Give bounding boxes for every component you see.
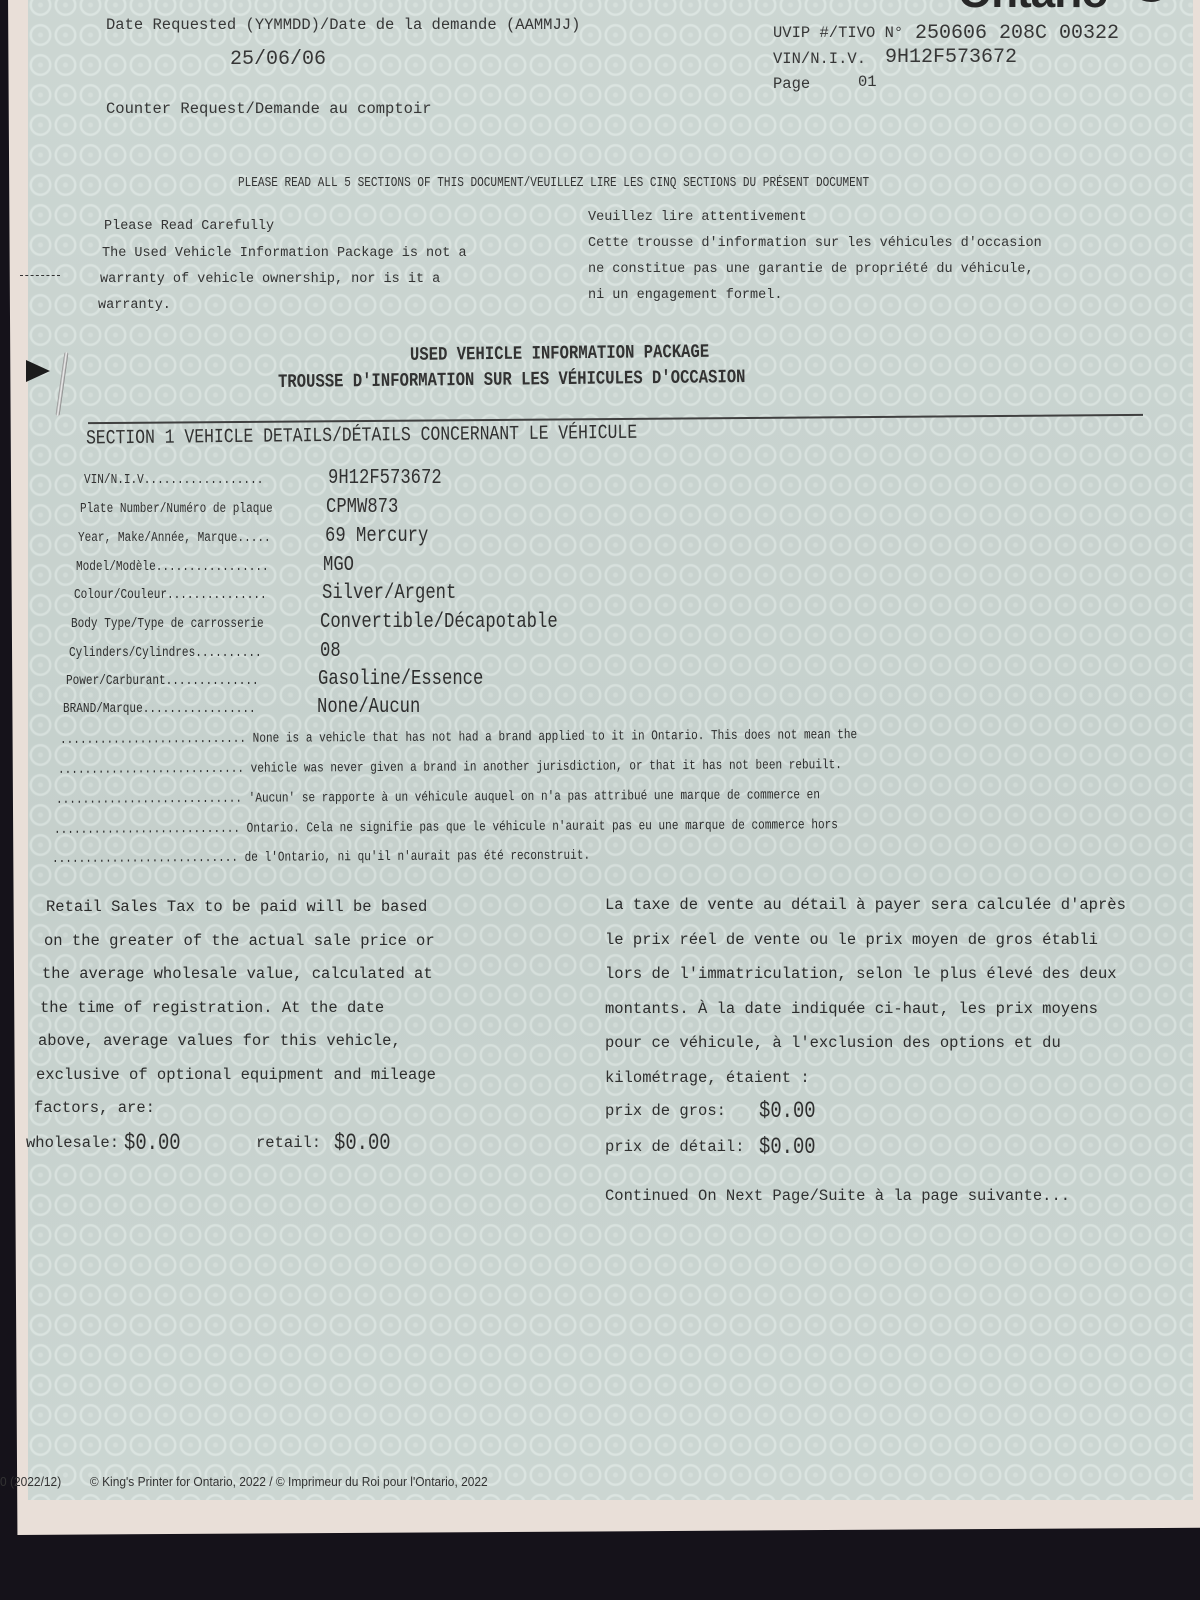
tax-en-line: the time of registration. At the date: [40, 999, 384, 1017]
page-number: 01: [858, 73, 877, 91]
notice-en-line: warranty.: [98, 298, 171, 313]
wholesale-value: $0.00: [124, 1130, 193, 1156]
field-label-text: Power/Carburant..............: [66, 674, 259, 689]
tax-fr-line: La taxe de vente au détail à payer sera …: [605, 896, 1126, 914]
retail-label: retail:: [256, 1134, 321, 1152]
date-requested-value: 25/06/06: [230, 48, 326, 71]
tax-en-line: Retail Sales Tax to be paid will be base…: [46, 898, 427, 916]
brand-note-text: ............................ 'Aucun' se …: [56, 788, 820, 808]
tax-fr-line: kilométrage, étaient :: [605, 1069, 810, 1087]
notice-fr-line: Cette trousse d'information sur les véhi…: [588, 236, 1042, 251]
title-fr: TROUSSE D'INFORMATION SUR LES VÉHICULES …: [278, 365, 848, 393]
field-value-text: CPMW873: [326, 496, 398, 519]
field-label: Power/Carburant..............: [66, 674, 301, 689]
brand-note-line: ............................ Ontario. Ce…: [54, 817, 1010, 838]
wholesale-amount: $0.00: [124, 1130, 181, 1156]
field-value: MGO: [323, 554, 361, 577]
field-value-text: None/Aucun: [317, 696, 420, 719]
gros-label: prix de gros:: [605, 1102, 726, 1120]
section1-heading: SECTION 1 VEHICLE DETAILS/DÉTAILS CONCER…: [86, 420, 758, 450]
uvip-label: UVIP #/TIVO N°: [773, 24, 903, 42]
form-code: 0 (2022/12): [0, 1474, 61, 1489]
field-label-text: Plate Number/Numéro de plaque: [80, 502, 273, 517]
tax-fr-line: lors de l'immatriculation, selon le plus…: [605, 965, 1117, 983]
brand-note-line: ............................ de l'Ontari…: [52, 848, 708, 867]
field-value: Convertible/Décapotable: [320, 611, 610, 634]
request-type: Counter Request/Demande au comptoir: [106, 100, 432, 118]
brand-note-text: ............................ None is a v…: [60, 728, 857, 748]
field-value: CPMW873: [326, 496, 414, 519]
brand-note-text: ............................ de l'Ontari…: [52, 849, 590, 867]
tax-fr-line: pour ce véhicule, à l'exclusion des opti…: [605, 1034, 1061, 1052]
tax-en-line: exclusive of optional equipment and mile…: [36, 1066, 436, 1084]
field-label: Plate Number/Numéro de plaque: [80, 502, 315, 517]
field-value: Silver/Argent: [322, 582, 486, 605]
notice-fr-line: ni un engagement formel.: [588, 288, 782, 303]
field-label: Cylinders/Cylindres..........: [69, 646, 304, 661]
vin-value: 9H12F573672: [885, 46, 1017, 69]
detail-label: prix de détail:: [605, 1138, 745, 1156]
field-value: 69 Mercury: [325, 525, 451, 548]
field-value-text: MGO: [323, 554, 354, 577]
field-value: 08: [320, 640, 345, 663]
field-label-text: VIN/N.I.V..................: [84, 473, 263, 488]
retail-amount: $0.00: [334, 1130, 391, 1156]
section1-heading-text: SECTION 1 VEHICLE DETAILS/DÉTAILS CONCER…: [86, 422, 637, 451]
tax-en-line: the average wholesale value, calculated …: [42, 965, 433, 983]
gros-value: $0.00: [759, 1098, 828, 1124]
tax-en-line: on the greater of the actual sale price …: [44, 932, 435, 950]
uvip-value: 250606 208C 00322: [915, 22, 1119, 45]
field-label: Colour/Couleur...............: [74, 588, 309, 603]
field-value-text: 9H12F573672: [328, 467, 442, 490]
detail-value: $0.00: [759, 1134, 828, 1160]
field-label: Year, Make/Année, Marque.....: [78, 531, 313, 546]
field-label: Body Type/Type de carrosserie: [71, 617, 306, 632]
tax-fr-line: montants. À la date indiquée ci-haut, le…: [605, 1000, 1098, 1018]
ontario-trillium-icon: [1128, 0, 1174, 2]
read-all-sections-banner: PLEASE READ ALL 5 SECTIONS OF THIS DOCUM…: [238, 176, 1008, 191]
title-en: USED VEHICLE INFORMATION PACKAGE: [410, 340, 775, 366]
retail-value: $0.00: [334, 1130, 403, 1156]
notice-fr-line: ne constitue pas une garantie de proprié…: [588, 262, 1034, 277]
tax-fr-line: le prix réel de vente ou le prix moyen d…: [605, 931, 1098, 949]
brand-note-line: ............................ vehicle was…: [58, 757, 1014, 778]
field-label: Model/Modèle.................: [76, 560, 311, 575]
brand-note-line: ............................ 'Aucun' se …: [56, 787, 988, 808]
ontario-wordmark: Ontario: [958, 0, 1107, 18]
continued-note: Continued On Next Page/Suite à la page s…: [605, 1187, 1070, 1205]
field-label: BRAND/Marque.................: [63, 702, 298, 717]
field-value-text: Silver/Argent: [322, 582, 456, 605]
field-label-text: Body Type/Type de carrosserie: [71, 617, 264, 632]
detail-amount: $0.00: [759, 1134, 816, 1160]
fold-mark: [20, 275, 60, 276]
field-value-text: 69 Mercury: [325, 525, 428, 548]
title-en-text: USED VEHICLE INFORMATION PACKAGE: [410, 341, 709, 366]
vin-label: VIN/N.I.V.: [773, 50, 866, 68]
title-fr-text: TROUSSE D'INFORMATION SUR LES VÉHICULES …: [278, 366, 746, 393]
field-value-text: 08: [320, 640, 341, 663]
brand-note-text: ............................ Ontario. Ce…: [54, 818, 838, 838]
field-value-text: Convertible/Décapotable: [320, 611, 558, 634]
field-label-text: Model/Modèle.................: [76, 560, 269, 575]
date-requested-label: Date Requested (YYMMDD)/Date de la deman…: [106, 16, 580, 34]
field-label-text: BRAND/Marque.................: [63, 702, 256, 717]
field-value: Gasoline/Essence: [318, 668, 520, 691]
page-label: Page: [773, 75, 810, 93]
field-value-text: Gasoline/Essence: [318, 668, 483, 691]
field-label-text: Colour/Couleur...............: [74, 588, 267, 603]
field-label-text: Year, Make/Année, Marque.....: [78, 531, 271, 546]
notice-fr-line: Veuillez lire attentivement: [588, 210, 807, 225]
document-page: Ontario Date Requested (YYMMDD)/Date de …: [28, 0, 1193, 1500]
notice-en-line: The Used Vehicle Information Package is …: [102, 246, 467, 261]
banner-text: PLEASE READ ALL 5 SECTIONS OF THIS DOCUM…: [238, 176, 869, 191]
notice-en-line: warranty of vehicle ownership, nor is it…: [100, 272, 440, 287]
field-label-text: Cylinders/Cylindres..........: [69, 646, 262, 661]
copyright: © King's Printer for Ontario, 2022 / © I…: [90, 1474, 488, 1489]
field-label: VIN/N.I.V..................: [84, 473, 303, 488]
footer: 0 (2022/12) © King's Printer for Ontario…: [0, 1474, 488, 1489]
tax-en-line: factors, are:: [34, 1099, 155, 1117]
gros-amount: $0.00: [759, 1098, 816, 1124]
wholesale-label: wholesale:: [26, 1134, 119, 1152]
notice-en-line: Please Read Carefully: [104, 219, 274, 234]
brand-note-text: ............................ vehicle was…: [58, 758, 842, 778]
tax-en-line: above, average values for this vehicle,: [38, 1032, 401, 1050]
field-value: None/Aucun: [317, 696, 443, 719]
arrow-marker-icon: [26, 360, 50, 382]
brand-note-line: ............................ None is a v…: [60, 727, 1032, 748]
field-value: 9H12F573672: [328, 467, 467, 490]
